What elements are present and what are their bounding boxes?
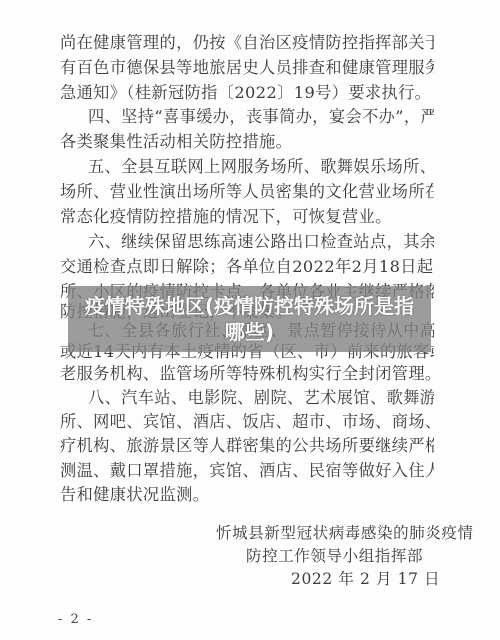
body-line: 测温、戴口罩措施，宾馆、酒店、民宿等做好入住人员登记报: [60, 459, 434, 483]
body-line: 场所、营业性演出场所等人员密集的文化营业场所在严格做好: [60, 180, 434, 204]
signature-organization-line1: 忻城县新型冠状病毒感染的肺炎疫情: [216, 522, 474, 544]
signature-date: 2022 年 2 月 17 日: [291, 568, 440, 590]
body-line: 各类聚集性活动相关防控措施。: [60, 130, 434, 154]
page-number: - 2 -: [58, 612, 93, 627]
body-line: 有百色市德保县等地旅居史人员排查和健康管理服务工作的紧: [60, 56, 434, 80]
body-line: 急通知》（桂新冠防指〔2022〕19号）要求执行。: [60, 81, 434, 105]
signature-organization-line2: 防控工作领导小组指挥部: [246, 545, 423, 567]
body-line: 告和健康状况监测。: [60, 483, 434, 507]
body-line: 疗机构、旅游景区等人群密集的公共场所要继续严格执行扫码、: [60, 434, 434, 458]
body-line: 尚在健康管理的，仍按《自治区疫情防控指挥部关于做好近期: [60, 31, 434, 55]
body-line: 老服务机构、监管场所等特殊机构实行全封闭管理。: [60, 362, 434, 386]
body-line: 交通检查点即日解除；各单位自2022年2月18日起解除办公场: [60, 255, 434, 279]
body-line: 常态化疫情防控措施的情况下，可恢复营业。: [60, 205, 434, 229]
section-4-heading-line: 四、坚持“喜事缓办，丧事简办，宴会不办”，严格执行: [88, 105, 434, 129]
body-line: 所、网吧、宾馆、酒店、饭店、超市、市场、商场、餐厅、医: [60, 410, 434, 434]
section-5-heading-line: 五、全县互联网上网服务场所、歌舞娱乐场所、游艺娱乐: [88, 155, 434, 179]
section-8-heading-line: 八、汽车站、电影院、剧院、艺术展馆、歌舞游艺娱乐场: [88, 386, 434, 410]
title-overlay-banner: 疫情特殊地区(疫情防控特殊场所是指哪些): [68, 286, 431, 352]
section-6-heading-line: 六、继续保留思练高速公路出口检查站点，其余各乡（镇）: [88, 230, 434, 254]
overlay-title: 疫情特殊地区(疫情防控特殊场所是指哪些): [85, 293, 415, 345]
